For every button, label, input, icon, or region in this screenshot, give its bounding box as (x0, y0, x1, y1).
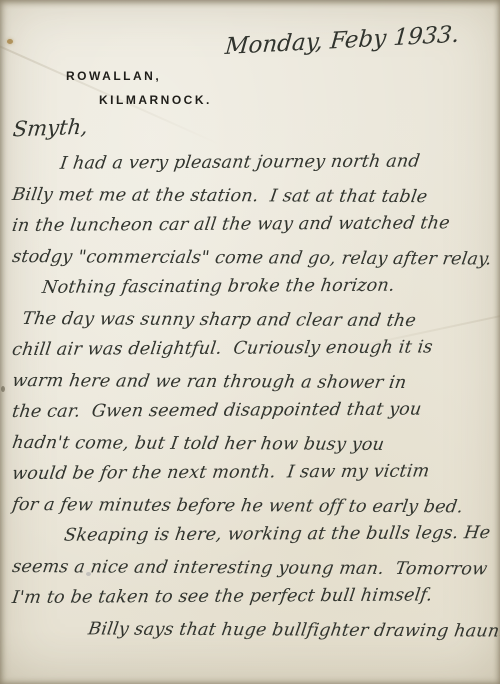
body-line: would be for the next month. I saw my vi… (10, 456, 499, 490)
letter-date: Monday, Feby 1933. (224, 22, 460, 60)
body-line: the car. Gwen seemed disappointed that y… (10, 394, 499, 428)
foxing-spot (7, 39, 13, 44)
body-line: in the luncheon car all the way and watc… (10, 208, 499, 242)
letter-scan: ROWALLAN, KILMARNOCK. Monday, Feby 1933.… (0, 0, 500, 684)
body-line: Skeaping is here, working at the bulls l… (10, 518, 499, 552)
body-line: Billy says that huge bullfighter drawing… (10, 614, 498, 648)
body-line: I'm to be taken to see the perfect bull … (10, 580, 499, 614)
foxing-spot (1, 386, 5, 392)
letterhead-town: KILMARNOCK. (99, 88, 212, 112)
salutation: Smyth, (12, 115, 89, 142)
letter-body: I had a very pleasant journey north and … (10, 149, 494, 645)
letterhead: ROWALLAN, KILMARNOCK. (66, 64, 212, 112)
letterhead-house: ROWALLAN, (66, 64, 212, 88)
body-line: Nothing fascinating broke the horizon. (10, 270, 499, 304)
body-line: I had a very pleasant journey north and (10, 146, 499, 180)
body-line: chill air was delightful. Curiously enou… (10, 332, 499, 366)
